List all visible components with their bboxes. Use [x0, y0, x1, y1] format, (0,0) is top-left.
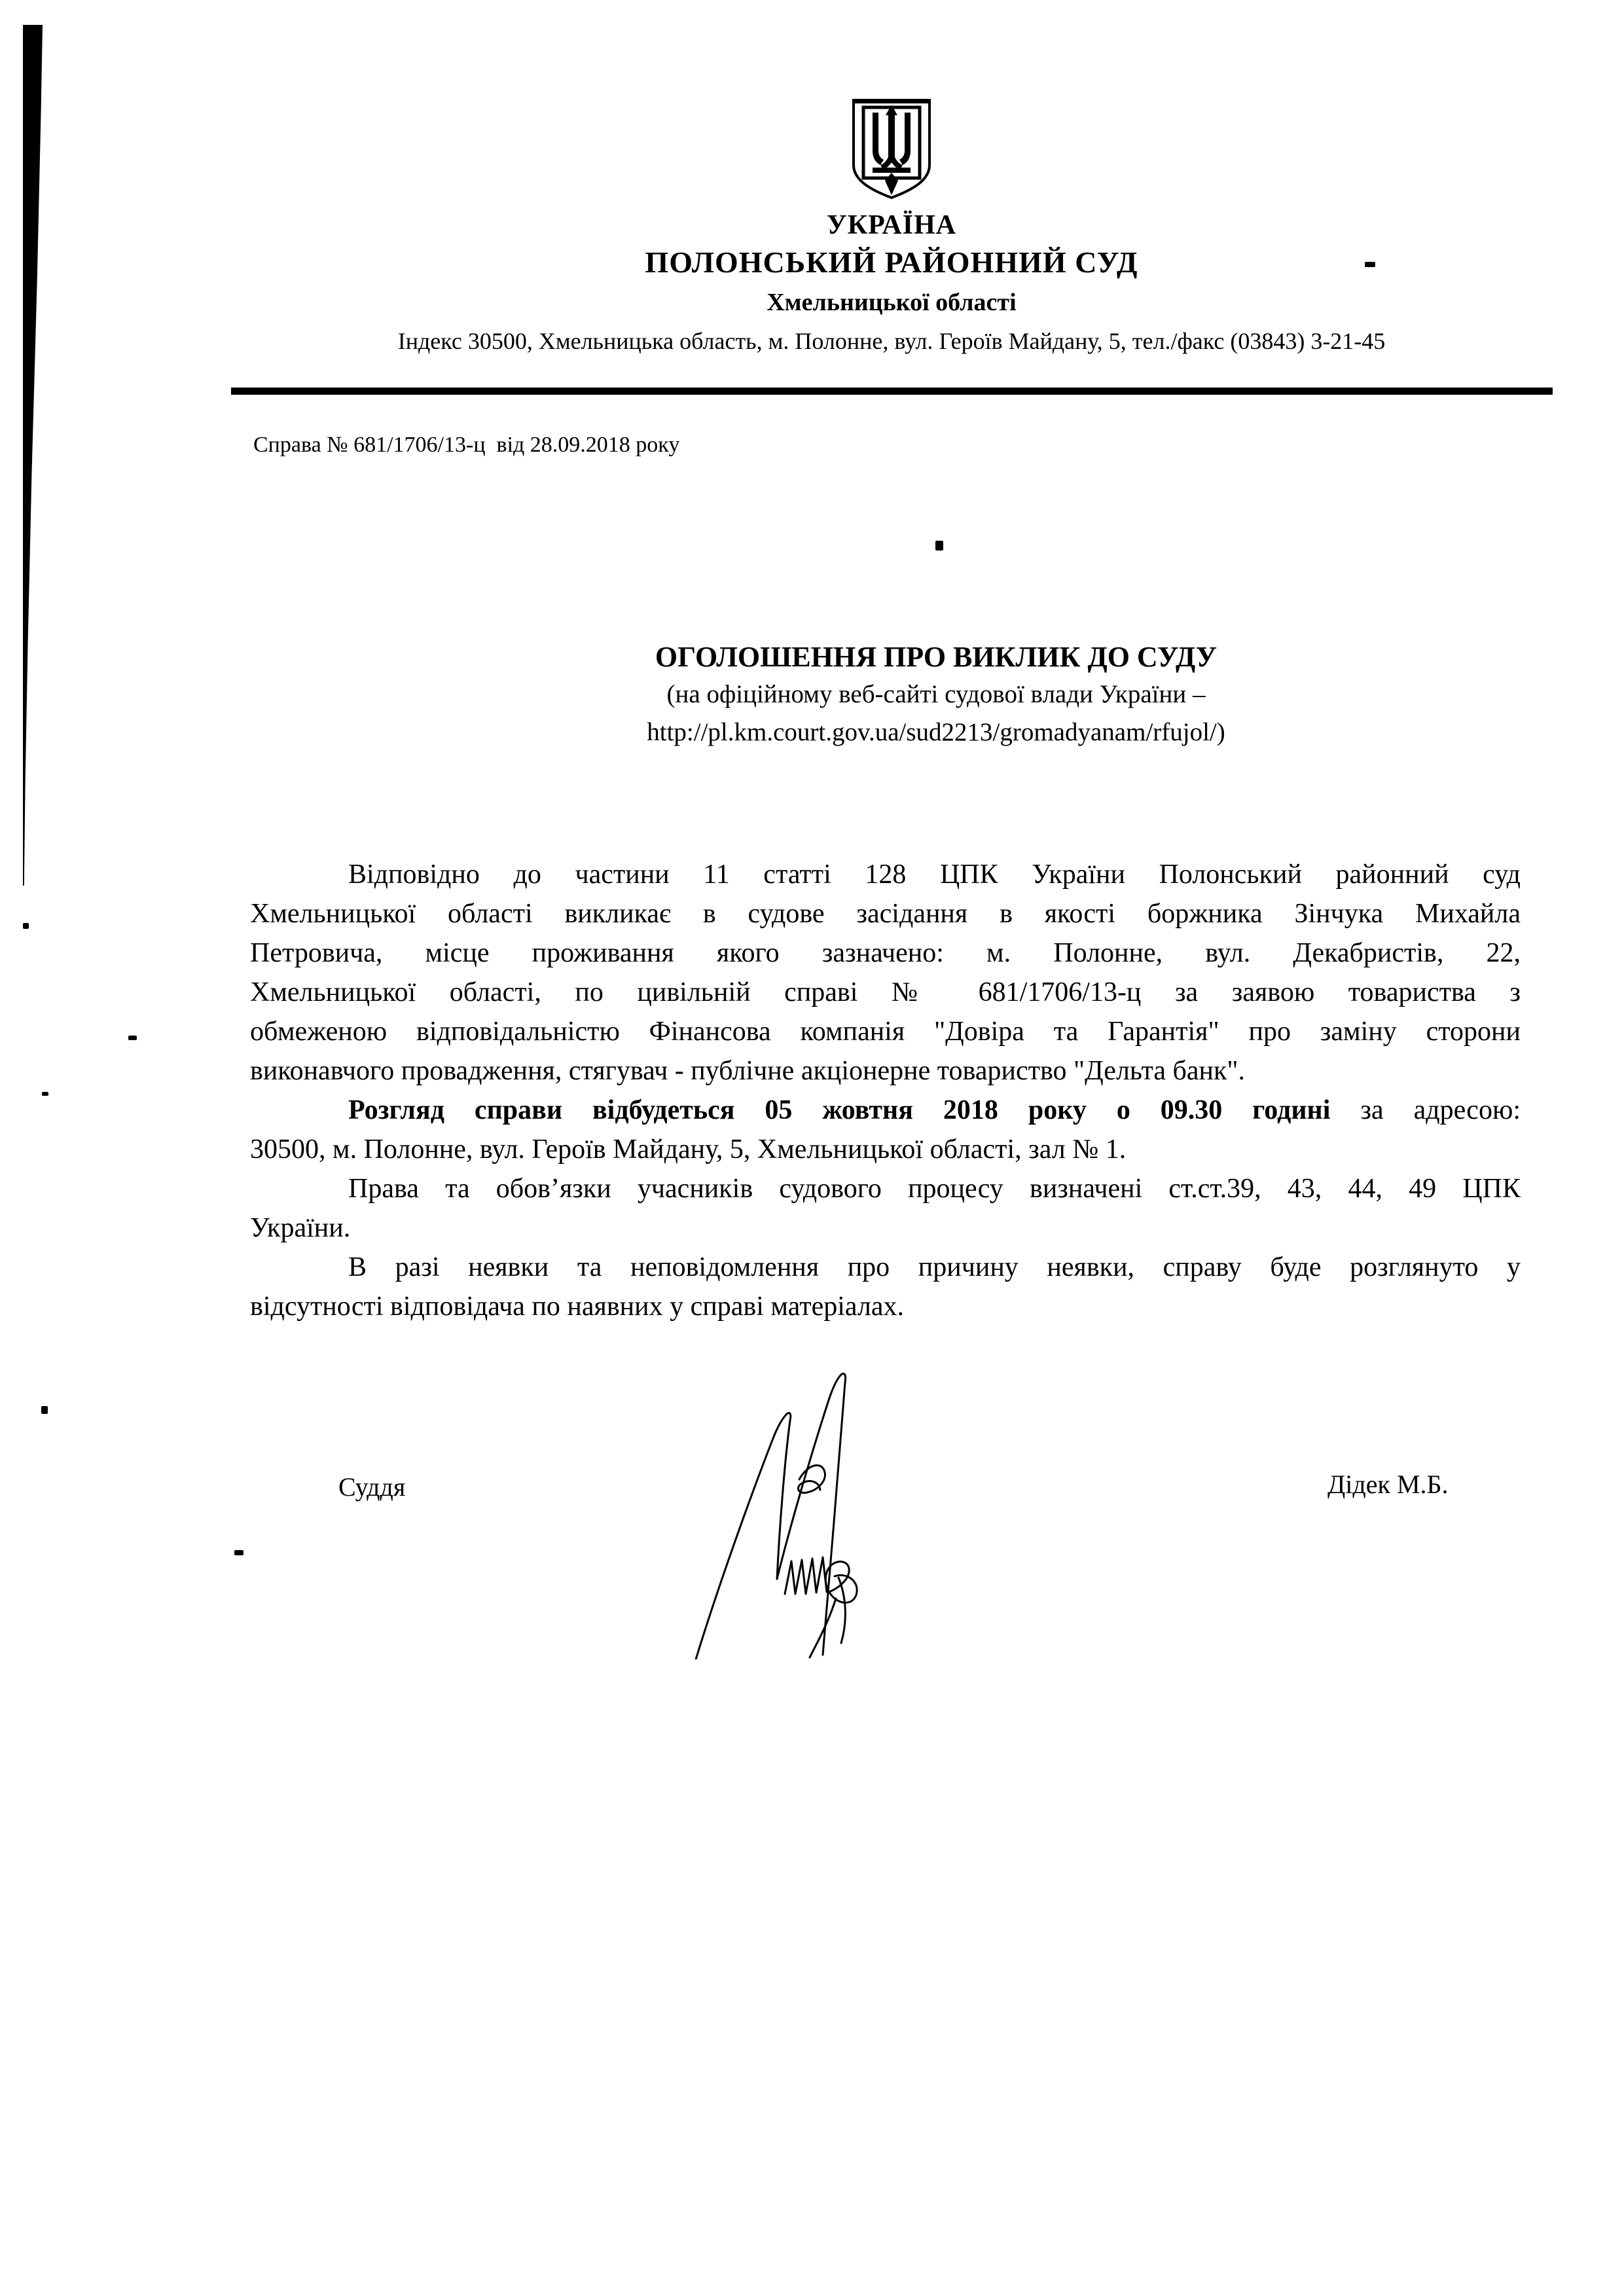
paragraph: Відповідно до частини 11 статті 128 ЦПК … — [250, 855, 1521, 1091]
text-line: Розгляд справи відбудеться 05 жовтня 201… — [250, 1091, 1521, 1130]
letterhead-country: УКРАЇНА — [250, 209, 1533, 241]
letterhead-court-name: ПОЛОНСЬКИЙ РАЙОННИЙ СУД — [250, 245, 1533, 280]
letterhead-address: Індекс 30500, Хмельницька область, м. По… — [250, 327, 1533, 355]
announcement-title: ОГОЛОШЕННЯ ПРО ВИКЛИК ДО СУДУ — [281, 640, 1591, 674]
text-line: Хмельницької області, по цивільній справ… — [250, 973, 1521, 1012]
text-line: Права та обов’язки учасників судового пр… — [250, 1169, 1521, 1208]
case-number-line: Справа № 681/1706/13-ц від 28.09.2018 ро… — [253, 433, 679, 458]
scan-speck — [935, 541, 943, 551]
text-line: обмеженою відповідальністю Фінансова ком… — [250, 1012, 1521, 1051]
scan-artifact-left-bar — [23, 25, 43, 886]
scan-speck — [23, 923, 29, 929]
judge-signature-icon — [645, 1362, 943, 1659]
letterhead-region: Хмельницької області — [250, 288, 1533, 317]
text-line: відсутності відповідача по наявних у спр… — [250, 1287, 1521, 1326]
scanned-court-document-page: УКРАЇНА ПОЛОНСЬКИЙ РАЙОННИЙ СУД Хмельниц… — [0, 0, 1624, 2295]
scan-speck — [42, 1092, 48, 1096]
letterhead-divider-rule — [231, 388, 1553, 395]
text-line: виконавчого провадження, стягувач - публ… — [250, 1051, 1521, 1091]
paragraph: Розгляд справи відбудеться 05 жовтня 201… — [250, 1091, 1521, 1169]
paragraph: В разі неявки та неповідомлення про прич… — [250, 1248, 1521, 1326]
ukraine-coat-of-arms-icon — [851, 97, 932, 202]
text-line: В разі неявки та неповідомлення про прич… — [250, 1248, 1521, 1287]
text-line: Петровича, місце проживання якого зазнач… — [250, 933, 1521, 973]
text-line: України. — [250, 1208, 1521, 1248]
text-line: 30500, м. Полонне, вул. Героїв Майдану, … — [250, 1130, 1521, 1169]
paragraph: Права та обов’язки учасників судового пр… — [250, 1169, 1521, 1248]
judge-role-label: Суддя — [338, 1472, 405, 1502]
scan-speck — [41, 1406, 48, 1414]
scan-speck — [128, 1036, 137, 1040]
judge-name: Дідек М.Б. — [1327, 1469, 1448, 1500]
text-line: Хмельницької області викликає в судове з… — [250, 894, 1521, 933]
scan-speck — [234, 1550, 244, 1555]
text-line: Відповідно до частини 11 статті 128 ЦПК … — [250, 855, 1521, 894]
announcement-subtitle: (на офіційному веб-сайті судової влади У… — [281, 679, 1591, 709]
announcement-url: http://pl.km.court.gov.ua/sud2213/gromad… — [281, 717, 1591, 747]
body-paragraphs: Відповідно до частини 11 статті 128 ЦПК … — [250, 855, 1521, 1326]
